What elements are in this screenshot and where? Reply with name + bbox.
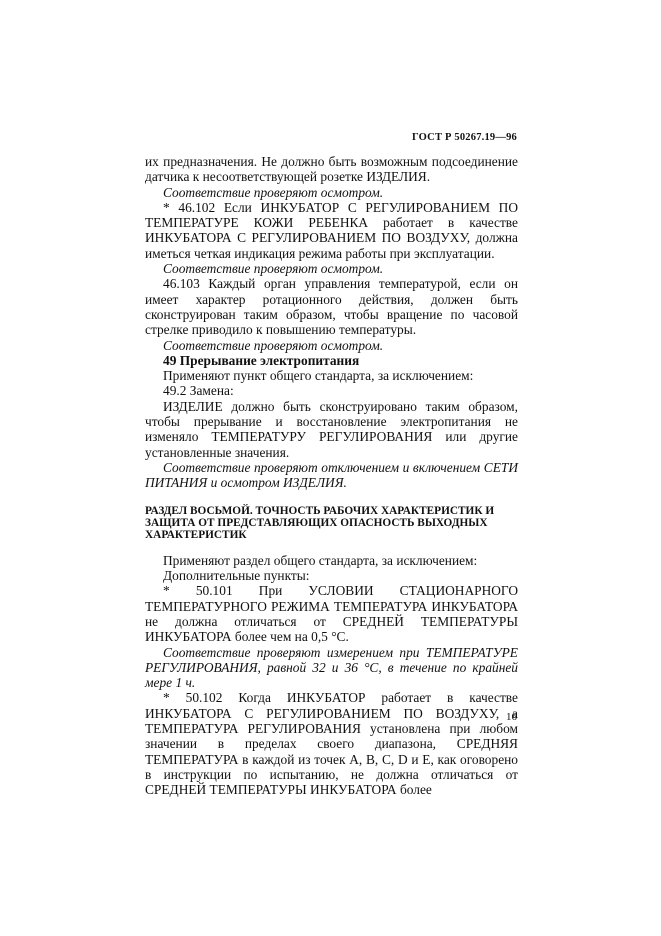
compliance-note: Соответствие проверяют отключением и вкл…	[145, 460, 518, 491]
compliance-note: Соответствие проверяют измерением при ТЕ…	[145, 645, 518, 691]
paragraph: Применяют раздел общего стандарта, за ис…	[145, 553, 518, 568]
compliance-note: Соответствие проверяют осмотром.	[145, 338, 518, 353]
compliance-note: Соответствие проверяют осмотром.	[145, 261, 518, 276]
page-number: 16	[506, 711, 517, 723]
paragraph: Применяют пункт общего стандарта, за иск…	[145, 368, 518, 383]
compliance-note: Соответствие проверяют осмотром.	[145, 185, 518, 200]
document-header-id: ГОСТ Р 50267.19—96	[412, 132, 517, 143]
document-body: их предназначения. Не должно быть возмож…	[145, 154, 518, 798]
section-heading: РАЗДЕЛ ВОСЬМОЙ. ТОЧНОСТЬ РАБОЧИХ ХАРАКТЕ…	[145, 505, 518, 542]
paragraph: их предназначения. Не должно быть возмож…	[145, 154, 518, 185]
clause-heading-49: 49 Прерывание электропитания	[145, 353, 518, 368]
clause-49-2: 49.2 Замена:	[145, 383, 518, 398]
paragraph: ИЗДЕЛИЕ должно быть сконструировано таки…	[145, 399, 518, 460]
clause-50-101: * 50.101 При УСЛОВИИ СТАЦИОНАРНОГО ТЕМПЕ…	[145, 583, 518, 644]
clause-46-102: * 46.102 Если ИНКУБАТОР С РЕГУЛИРОВАНИЕМ…	[145, 200, 518, 261]
paragraph: Дополнительные пункты:	[145, 568, 518, 583]
document-page: ГОСТ Р 50267.19—96 их предназначения. Не…	[0, 0, 661, 936]
clause-46-103: 46.103 Каждый орган управления температу…	[145, 276, 518, 337]
clause-50-102: * 50.102 Когда ИНКУБАТОР работает в каче…	[145, 690, 518, 797]
